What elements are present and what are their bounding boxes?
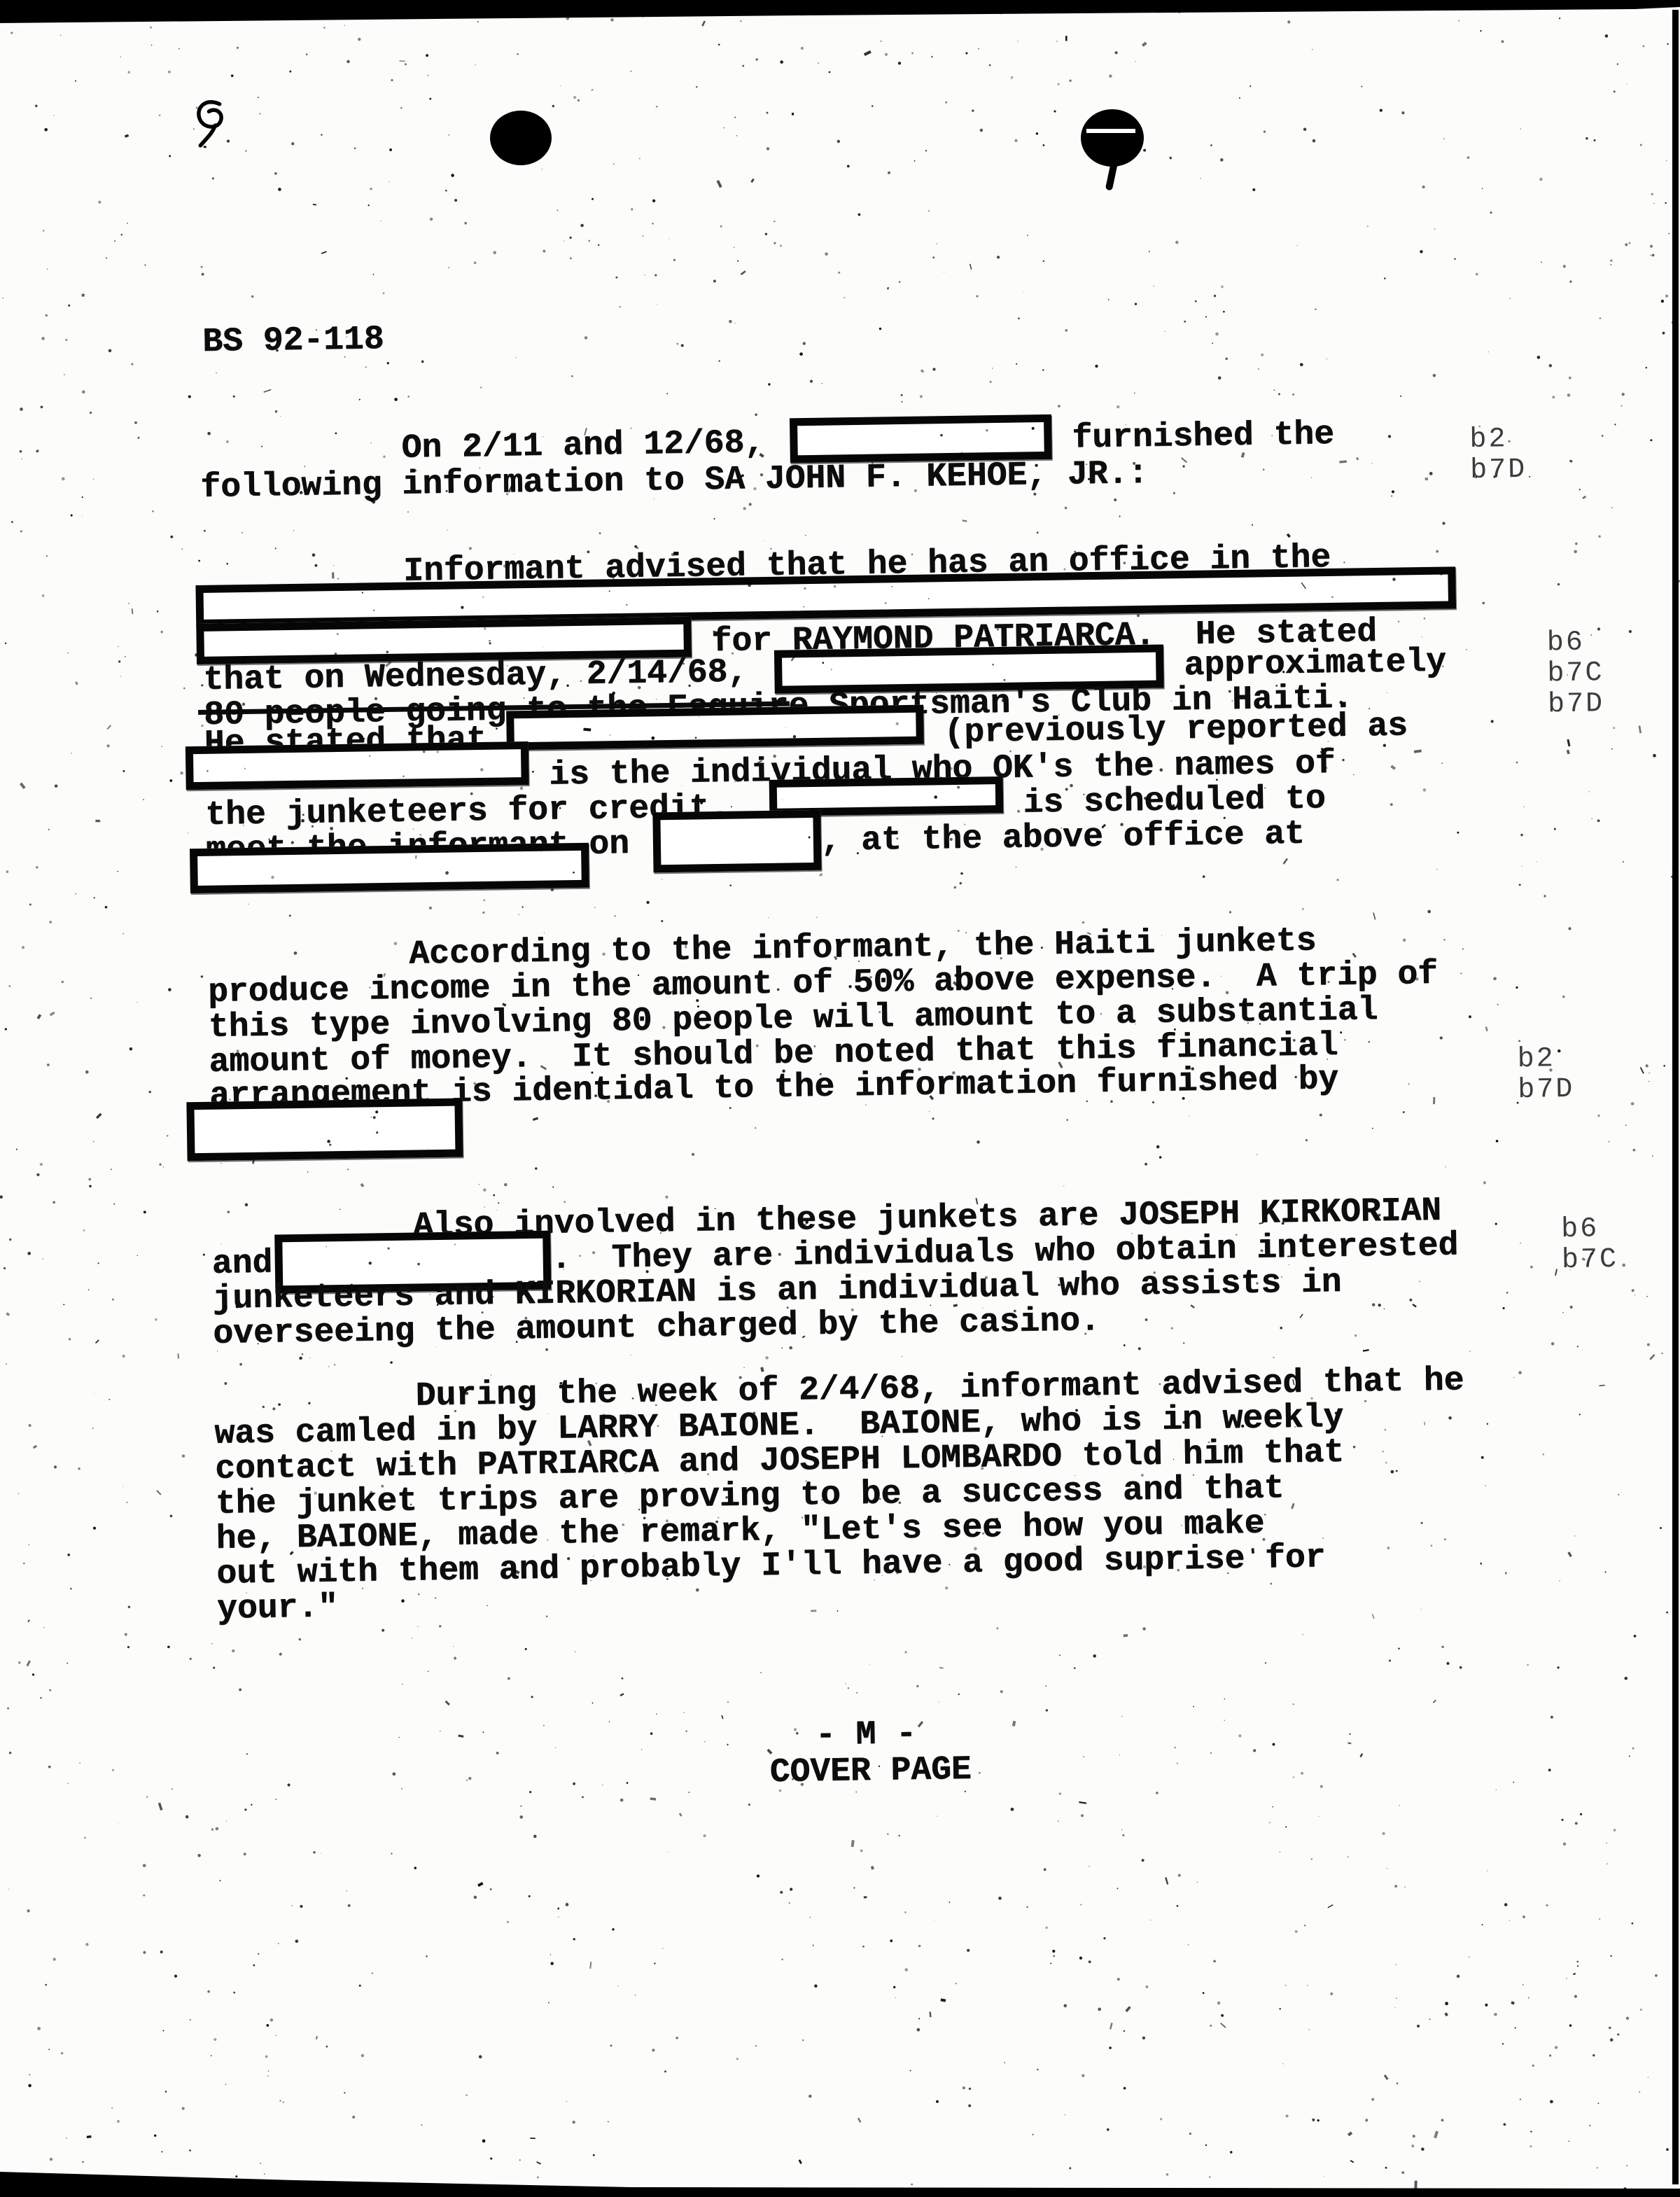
foia-exemption-codes: b6b7Cb7D <box>1547 627 1605 720</box>
hole-punch-slit <box>1086 129 1135 133</box>
scanner-edge-right <box>1672 10 1679 2184</box>
text-run: approximately <box>1163 645 1446 684</box>
document-line: contact with PATRIARCA and JOSEPH LOMBAR… <box>215 1452 216 1487</box>
document-line: following information to SA JOHN F. KEHO… <box>200 470 201 505</box>
redaction-box <box>186 1098 463 1161</box>
page-marker-cover: COVER PAGE <box>769 1755 770 1790</box>
foia-exemption-codes: b2b7D <box>1469 424 1527 487</box>
exemption-code: b7C <box>1562 1245 1619 1276</box>
text-run: , at the above office at <box>820 817 1305 859</box>
document-line: On 2/11 and 12/68, furnished the <box>199 434 200 469</box>
foia-exemption-codes: b6b7C <box>1561 1214 1618 1276</box>
text-run: COVER PAGE <box>769 1752 972 1790</box>
hole-punch-mark <box>1081 109 1144 167</box>
document-line: overseeing the amount charged by the cas… <box>213 1317 213 1352</box>
handwritten-mark <box>190 97 234 150</box>
document-line: the junket trips are proving to be a suc… <box>216 1487 216 1522</box>
exemption-code: b2 <box>1517 1044 1574 1075</box>
document-line: was camled in by LARRY BAIONE. BAIONE, w… <box>214 1417 215 1452</box>
text-run: (previously reported as <box>923 709 1408 751</box>
redaction-box <box>652 810 821 873</box>
document-line <box>186 1102 187 1137</box>
text-run: your." <box>217 1590 339 1627</box>
document-line: this type involving 80 people will amoun… <box>208 1010 209 1045</box>
case-number: BS 92-118 <box>202 325 203 360</box>
document-line: amount of money. It should be noted that… <box>209 1045 209 1080</box>
text-run: and <box>211 1246 272 1282</box>
document-line: out with them and probably I'll have a g… <box>216 1557 217 1592</box>
document-line: your." <box>217 1592 218 1627</box>
document-line <box>195 585 196 620</box>
document-line: that on Wednesday, 2/14/68, approximatel… <box>203 663 204 698</box>
scanned-document-page: BS 92-118 On 2/11 and 12/68, furnished t… <box>0 0 1680 2197</box>
hole-punch-mark <box>490 111 552 165</box>
redaction-box <box>506 705 924 751</box>
redaction-box <box>790 414 1052 463</box>
document-line: junketeers and KIRKORIAN is an individua… <box>212 1282 213 1317</box>
document-line: and. They are individuals who obtain int… <box>211 1247 212 1282</box>
exemption-code: b7D <box>1470 455 1527 487</box>
document-line: the junketeers for credit. is scheduled … <box>205 798 206 833</box>
document-line: During the week of 2/4/68, informant adv… <box>213 1382 214 1417</box>
exemption-code: b7C <box>1547 658 1604 690</box>
document-line <box>190 849 190 884</box>
document-line: produce income in the amount of 50% abov… <box>208 975 209 1010</box>
text-run: BS 92-118 <box>202 322 384 360</box>
foia-exemption-codes: b2b7D <box>1517 1044 1574 1106</box>
exemption-code: b2 <box>1469 424 1527 456</box>
redaction-box <box>185 741 529 790</box>
text-run: furnished the <box>1051 417 1334 456</box>
document-line: Also involved in these junkets are JOSEP… <box>211 1212 212 1247</box>
exemption-code: b6 <box>1561 1214 1618 1246</box>
document-line: According to the informant, the Haiti ju… <box>207 940 208 975</box>
text-run: - M - <box>815 1717 917 1753</box>
page-marker-m: - M - <box>815 1718 816 1753</box>
exemption-code: b7D <box>1548 689 1605 720</box>
document-content: BS 92-118 On 2/11 and 12/68, furnished t… <box>0 0 1680 2197</box>
document-line: for RAYMOND PATRIARCA. He stated <box>196 632 197 667</box>
redaction-box <box>190 843 589 893</box>
exemption-code: b7D <box>1518 1075 1575 1106</box>
document-line: is the individual who OK's the names of <box>185 763 186 798</box>
exemption-code: b6 <box>1547 627 1604 659</box>
document-line: he, BAIONE, made the remark, "Let's see … <box>216 1522 216 1557</box>
